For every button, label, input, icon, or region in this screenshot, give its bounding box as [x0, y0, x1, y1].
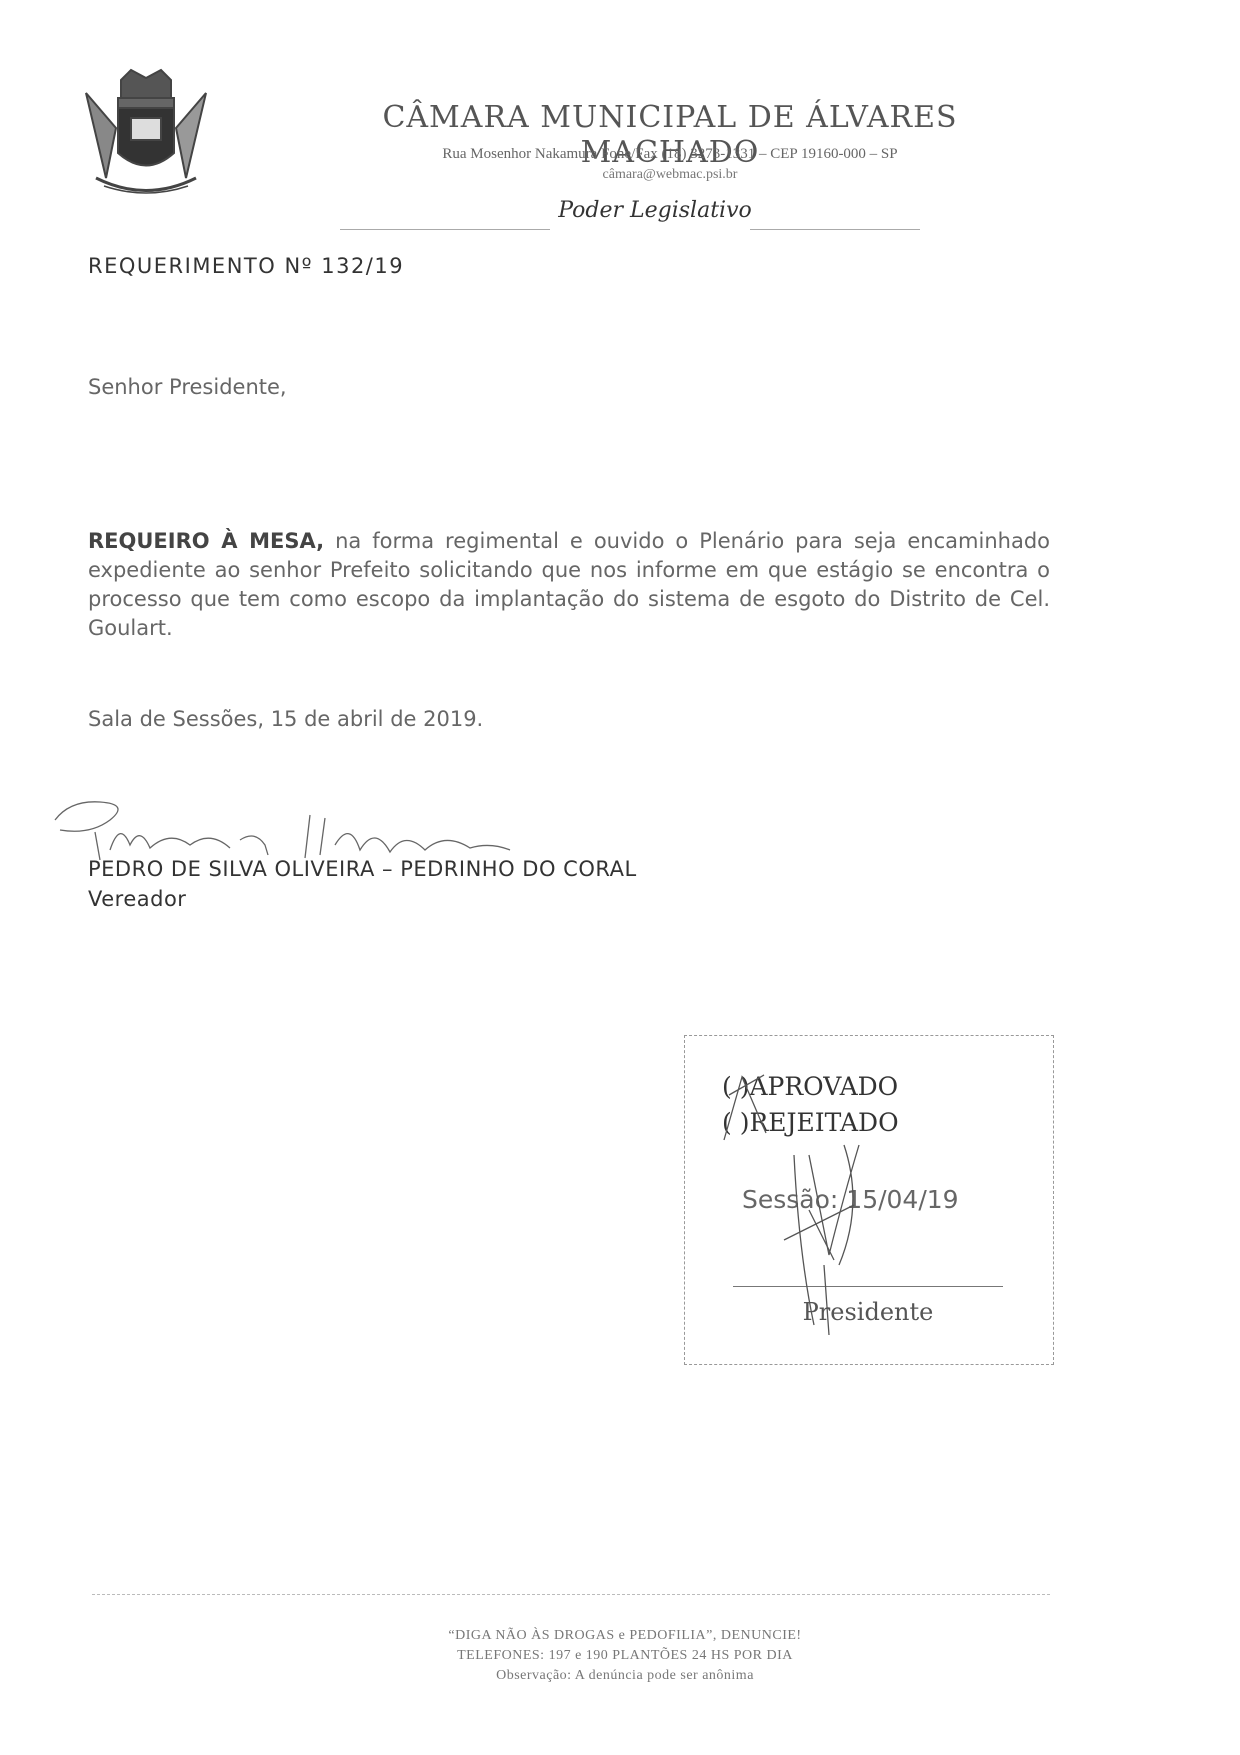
- signer-role: Vereador: [88, 887, 186, 911]
- session-date: 15/04/19: [846, 1185, 958, 1214]
- footer-divider: [92, 1594, 1050, 1595]
- org-address: Rua Mosenhor Nakamura Fone/Fax (18) 3273…: [290, 146, 1050, 163]
- header-divider-left: [340, 229, 550, 230]
- approved-option: ( )APROVADO: [722, 1072, 898, 1101]
- salutation: Senhor Presidente,: [88, 375, 287, 399]
- footer-phones-text: TELEFONES: 197 e 190 PLANTÕES 24 HS POR …: [300, 1648, 950, 1664]
- coat-of-arms-icon: [76, 68, 216, 203]
- header-divider-right: [750, 229, 920, 230]
- signer-name: PEDRO DE SILVA OLIVEIRA – PEDRINHO DO CO…: [88, 857, 637, 881]
- session-label: Sessão:: [742, 1185, 838, 1214]
- document-title: REQUERIMENTO Nº 132/19: [88, 254, 404, 278]
- org-email: câmara@webmac.psi.br: [290, 167, 1050, 183]
- body-paragraph: REQUEIRO À MESA, na forma regimental e o…: [88, 527, 1050, 643]
- date-line: Sala de Sessões, 15 de abril de 2019.: [88, 707, 483, 731]
- footer-note-text: Observação: A denúncia pode ser anônima: [300, 1668, 950, 1684]
- president-signature-line: [733, 1286, 1003, 1287]
- footer-campaign-text: “DIGA NÃO ÀS DROGAS e PEDOFILIA”, DENUNC…: [300, 1628, 950, 1644]
- branch-label: Poder Legislativo: [540, 198, 770, 223]
- session-date-line: Sessão: 15/04/19: [742, 1185, 959, 1214]
- rejected-option: ( )REJEITADO: [722, 1108, 899, 1137]
- president-label: Presidente: [733, 1298, 1003, 1326]
- handwritten-signature-icon: [50, 790, 570, 860]
- body-lead: REQUEIRO À MESA,: [88, 529, 324, 553]
